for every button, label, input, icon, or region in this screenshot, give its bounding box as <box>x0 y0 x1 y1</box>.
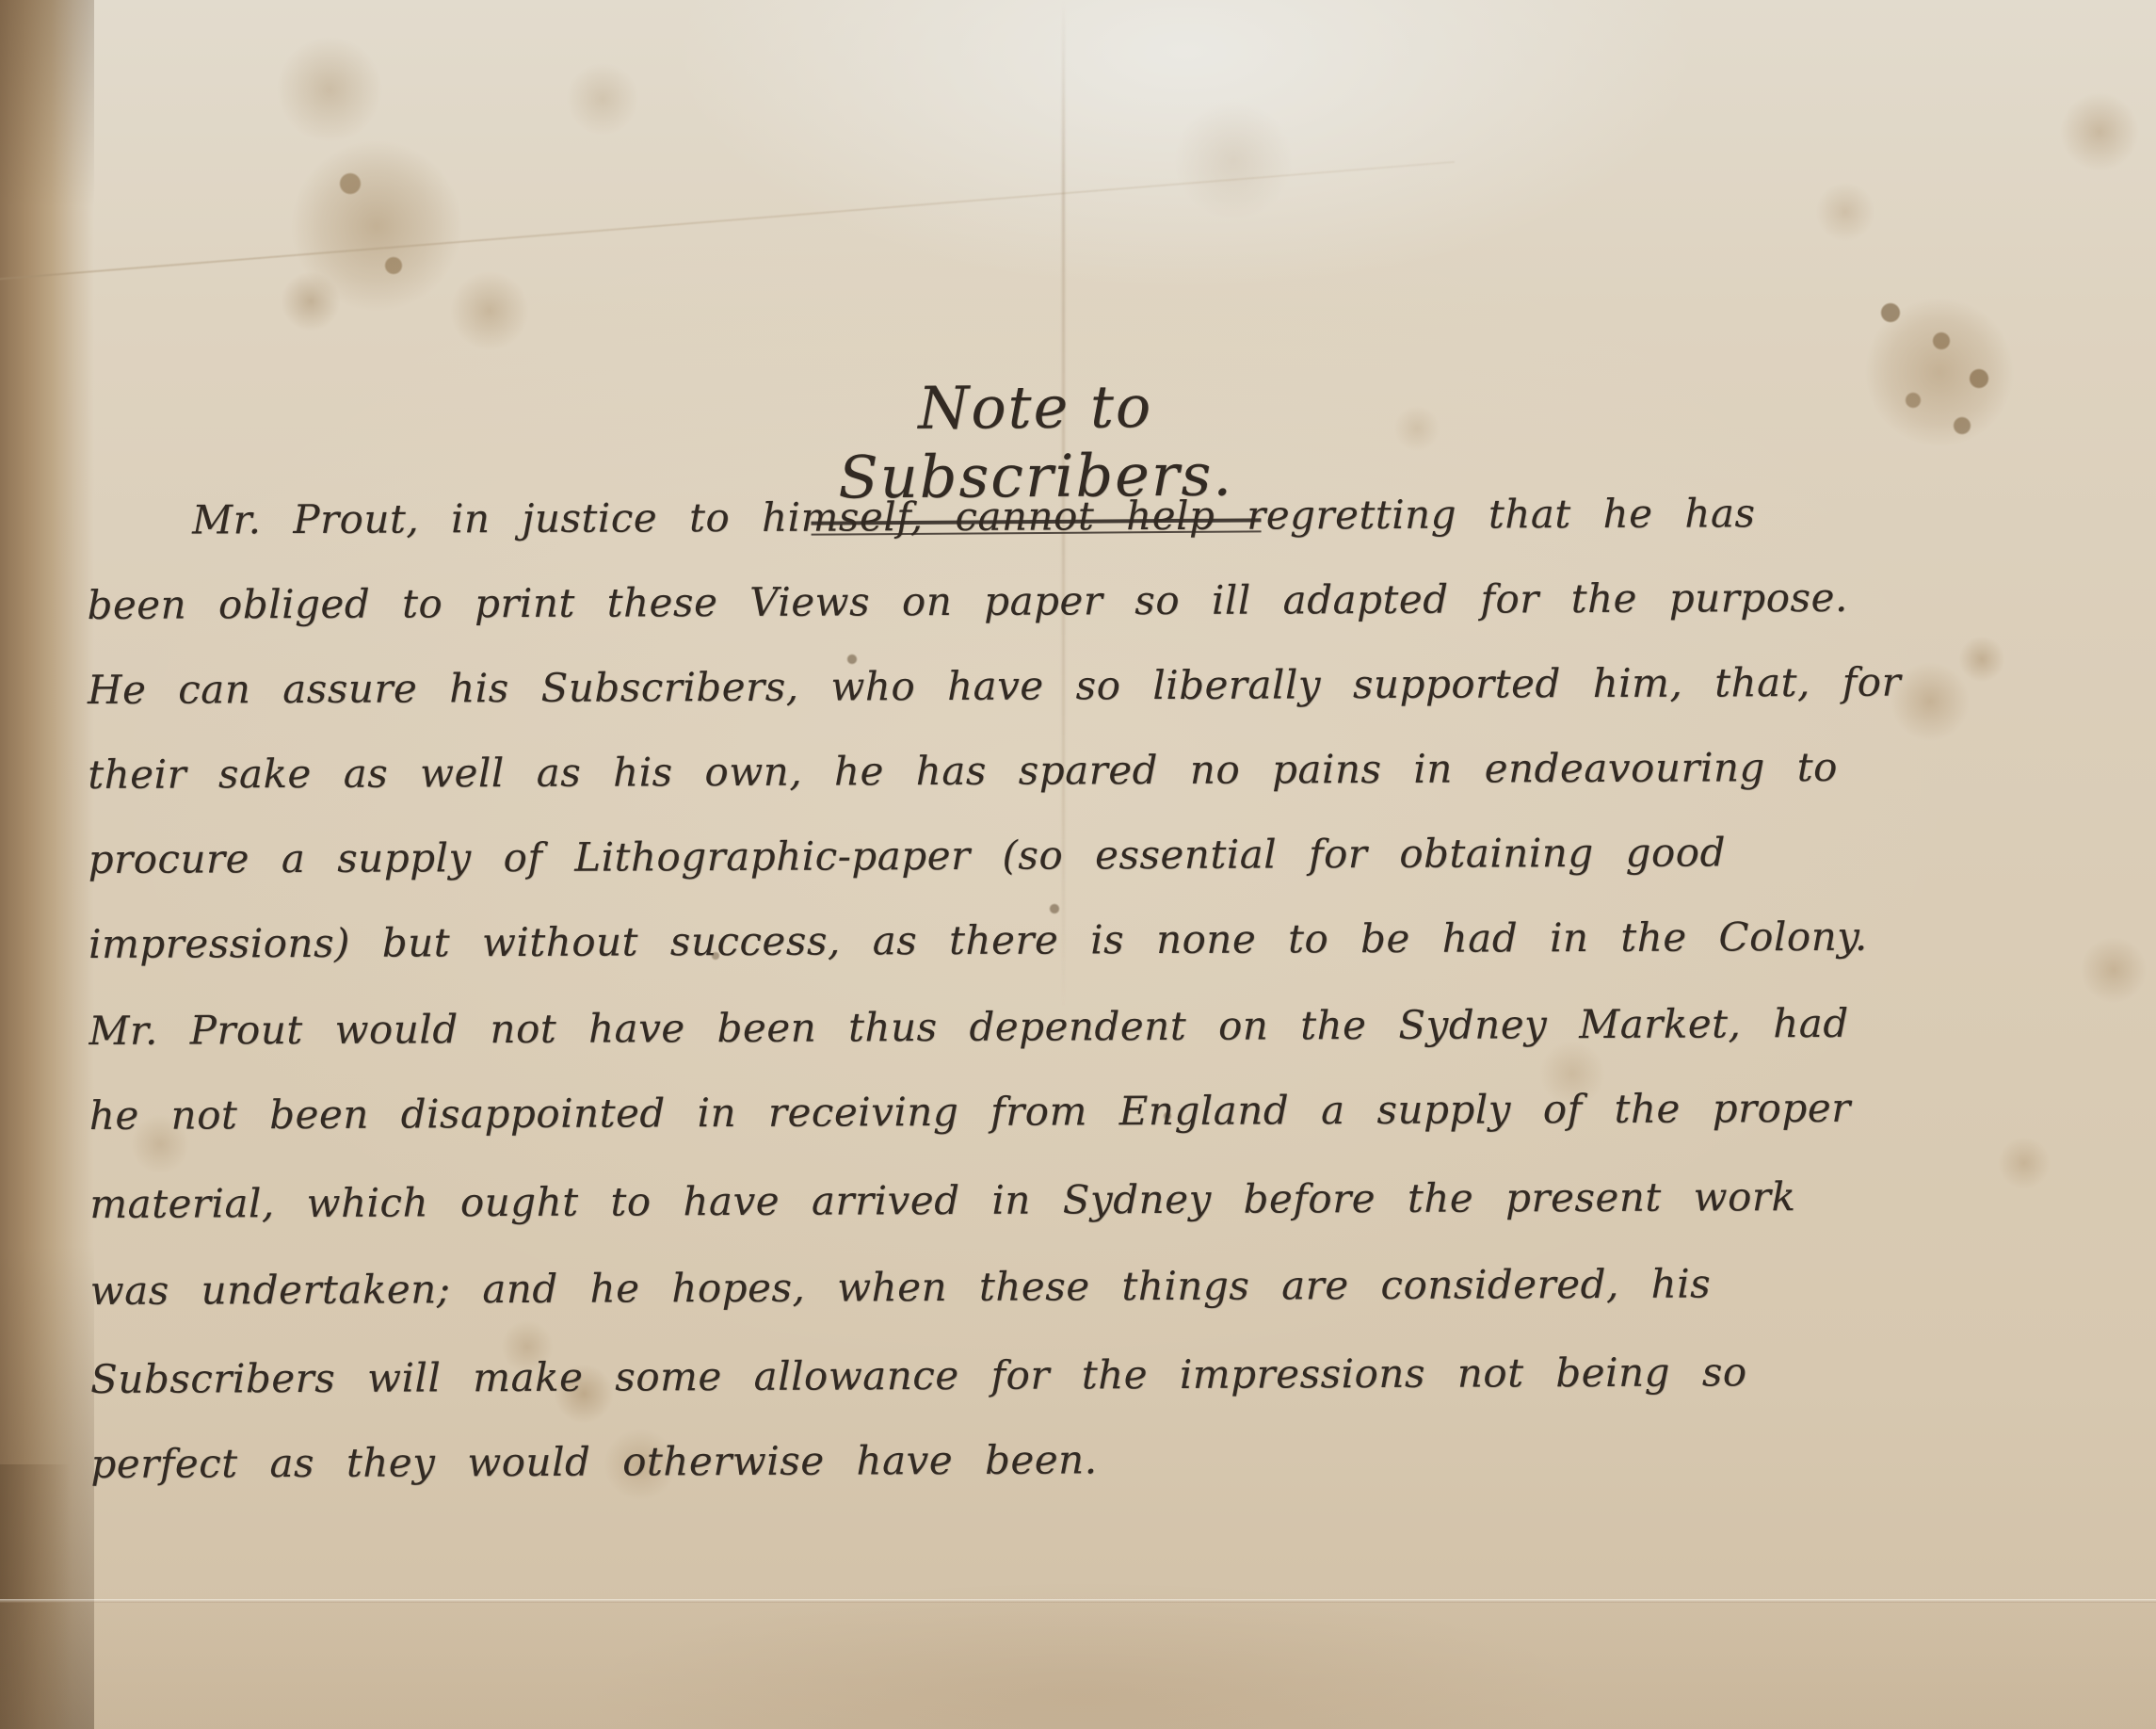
manuscript-line: Subscribers will make some allowance for… <box>90 1349 1791 1402</box>
manuscript-photograph: Note to Subscribers. Mr. Prout, in justi… <box>0 0 2156 1729</box>
manuscript-line: impressions) but without success, as the… <box>88 913 1789 967</box>
manuscript-line: procure a supply of Lithographic-paper (… <box>88 829 1789 882</box>
manuscript-line: Mr. Prout, in justice to himself, cannot… <box>87 490 1787 543</box>
manuscript-line: perfect as they would otherwise have bee… <box>90 1433 1791 1487</box>
manuscript-line: material, which ought to have arrived in… <box>89 1173 1790 1227</box>
note-title: Note to Subscribers. <box>771 371 1299 512</box>
manuscript-line: he not been disappointed in receiving fr… <box>89 1085 1790 1139</box>
manuscript-line: been obliged to print these Views on pap… <box>87 574 1787 628</box>
manuscript-line: was undertaken; and he hopes, when these… <box>90 1260 1791 1314</box>
manuscript-line: their sake as well as his own, he has sp… <box>88 744 1788 798</box>
lower-page-band <box>0 1603 2156 1729</box>
sheet-top-edge-crease <box>0 161 1455 281</box>
manuscript-line: Mr. Prout would not have been thus depen… <box>88 1000 1789 1054</box>
manuscript-line: He can assure his Subscribers, who have … <box>88 659 1788 713</box>
